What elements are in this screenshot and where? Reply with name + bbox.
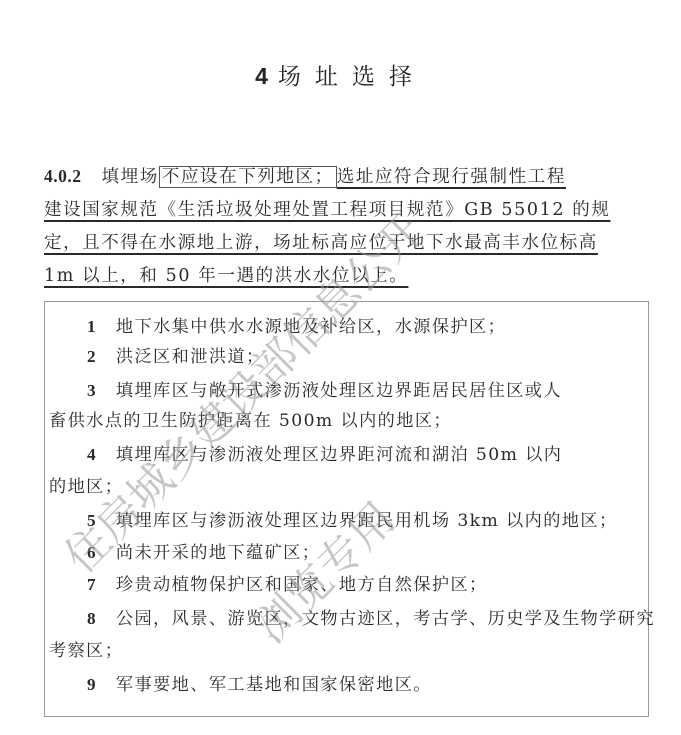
underlined-text: 选址应符合现行强制性工程 [337,167,566,187]
clause-paragraph: 4.0.2填埋场不应设在下列地区；选址应符合现行强制性工程 建设国家规范《生活垃… [44,160,652,293]
clause-line-2: 建设国家规范《生活垃圾处理处置工程项目规范》GB 55012 的规 [44,194,652,227]
clause-line-3: 定，且不得在水源地上游，场址标高应位于地下水最高丰水位标高 [44,227,652,260]
list-item-continuation: 畜供水点的卫生防护距离在 500m 以内的地区； [45,406,649,436]
list-item: 5 填埋库区与渗沥液处理区边界距民用机场 3km 以内的地区； [45,506,681,536]
clause-lead: 填埋场 [102,167,159,187]
chapter-title-text: 场址选择 [278,64,426,90]
list-box: 1 地下水集中供水水源地及补给区，水源保护区； 2 洪泛区和泄洪道； 3 填埋库… [44,301,649,717]
list-item: 3 填埋库区与敞开式渗沥液处理区边界距居民居住区或人 [45,376,681,406]
list-item: 1 地下水集中供水水源地及补给区，水源保护区； [45,312,681,342]
clause-line-4: 1m 以上，和 50 年一遇的洪水水位以上。 [44,260,652,293]
list-item-continuation: 的地区； [45,472,649,502]
list-item: 2 洪泛区和泄洪道； [45,342,681,372]
chapter-number: 4 [255,63,268,89]
list-item: 8 公园，风景、游览区，文物古迹区，考古学、历史学及生物学研究 [45,604,681,634]
clause-line-4-text: 1m 以上，和 50 年一遇的洪水水位以上。 [44,266,408,286]
list-item: 4 填埋库区与渗沥液处理区边界距河流和湖泊 50m 以内 [45,440,681,470]
chapter-title: 4场址选择 [0,58,681,91]
boxed-text: 不应设在下列地区； [159,166,337,188]
list-item-continuation: 考察区； [45,636,649,666]
clause-line-1: 4.0.2填埋场不应设在下列地区；选址应符合现行强制性工程 [44,160,652,194]
list-item: 7 珍贵动植物保护区和国家、地方自然保护区； [45,570,681,600]
clause-number: 4.0.2 [44,166,82,186]
list-item: 9 军事要地、军工基地和国家保密地区。 [45,670,681,700]
list-item: 6 尚未开采的地下蕴矿区； [45,538,681,568]
